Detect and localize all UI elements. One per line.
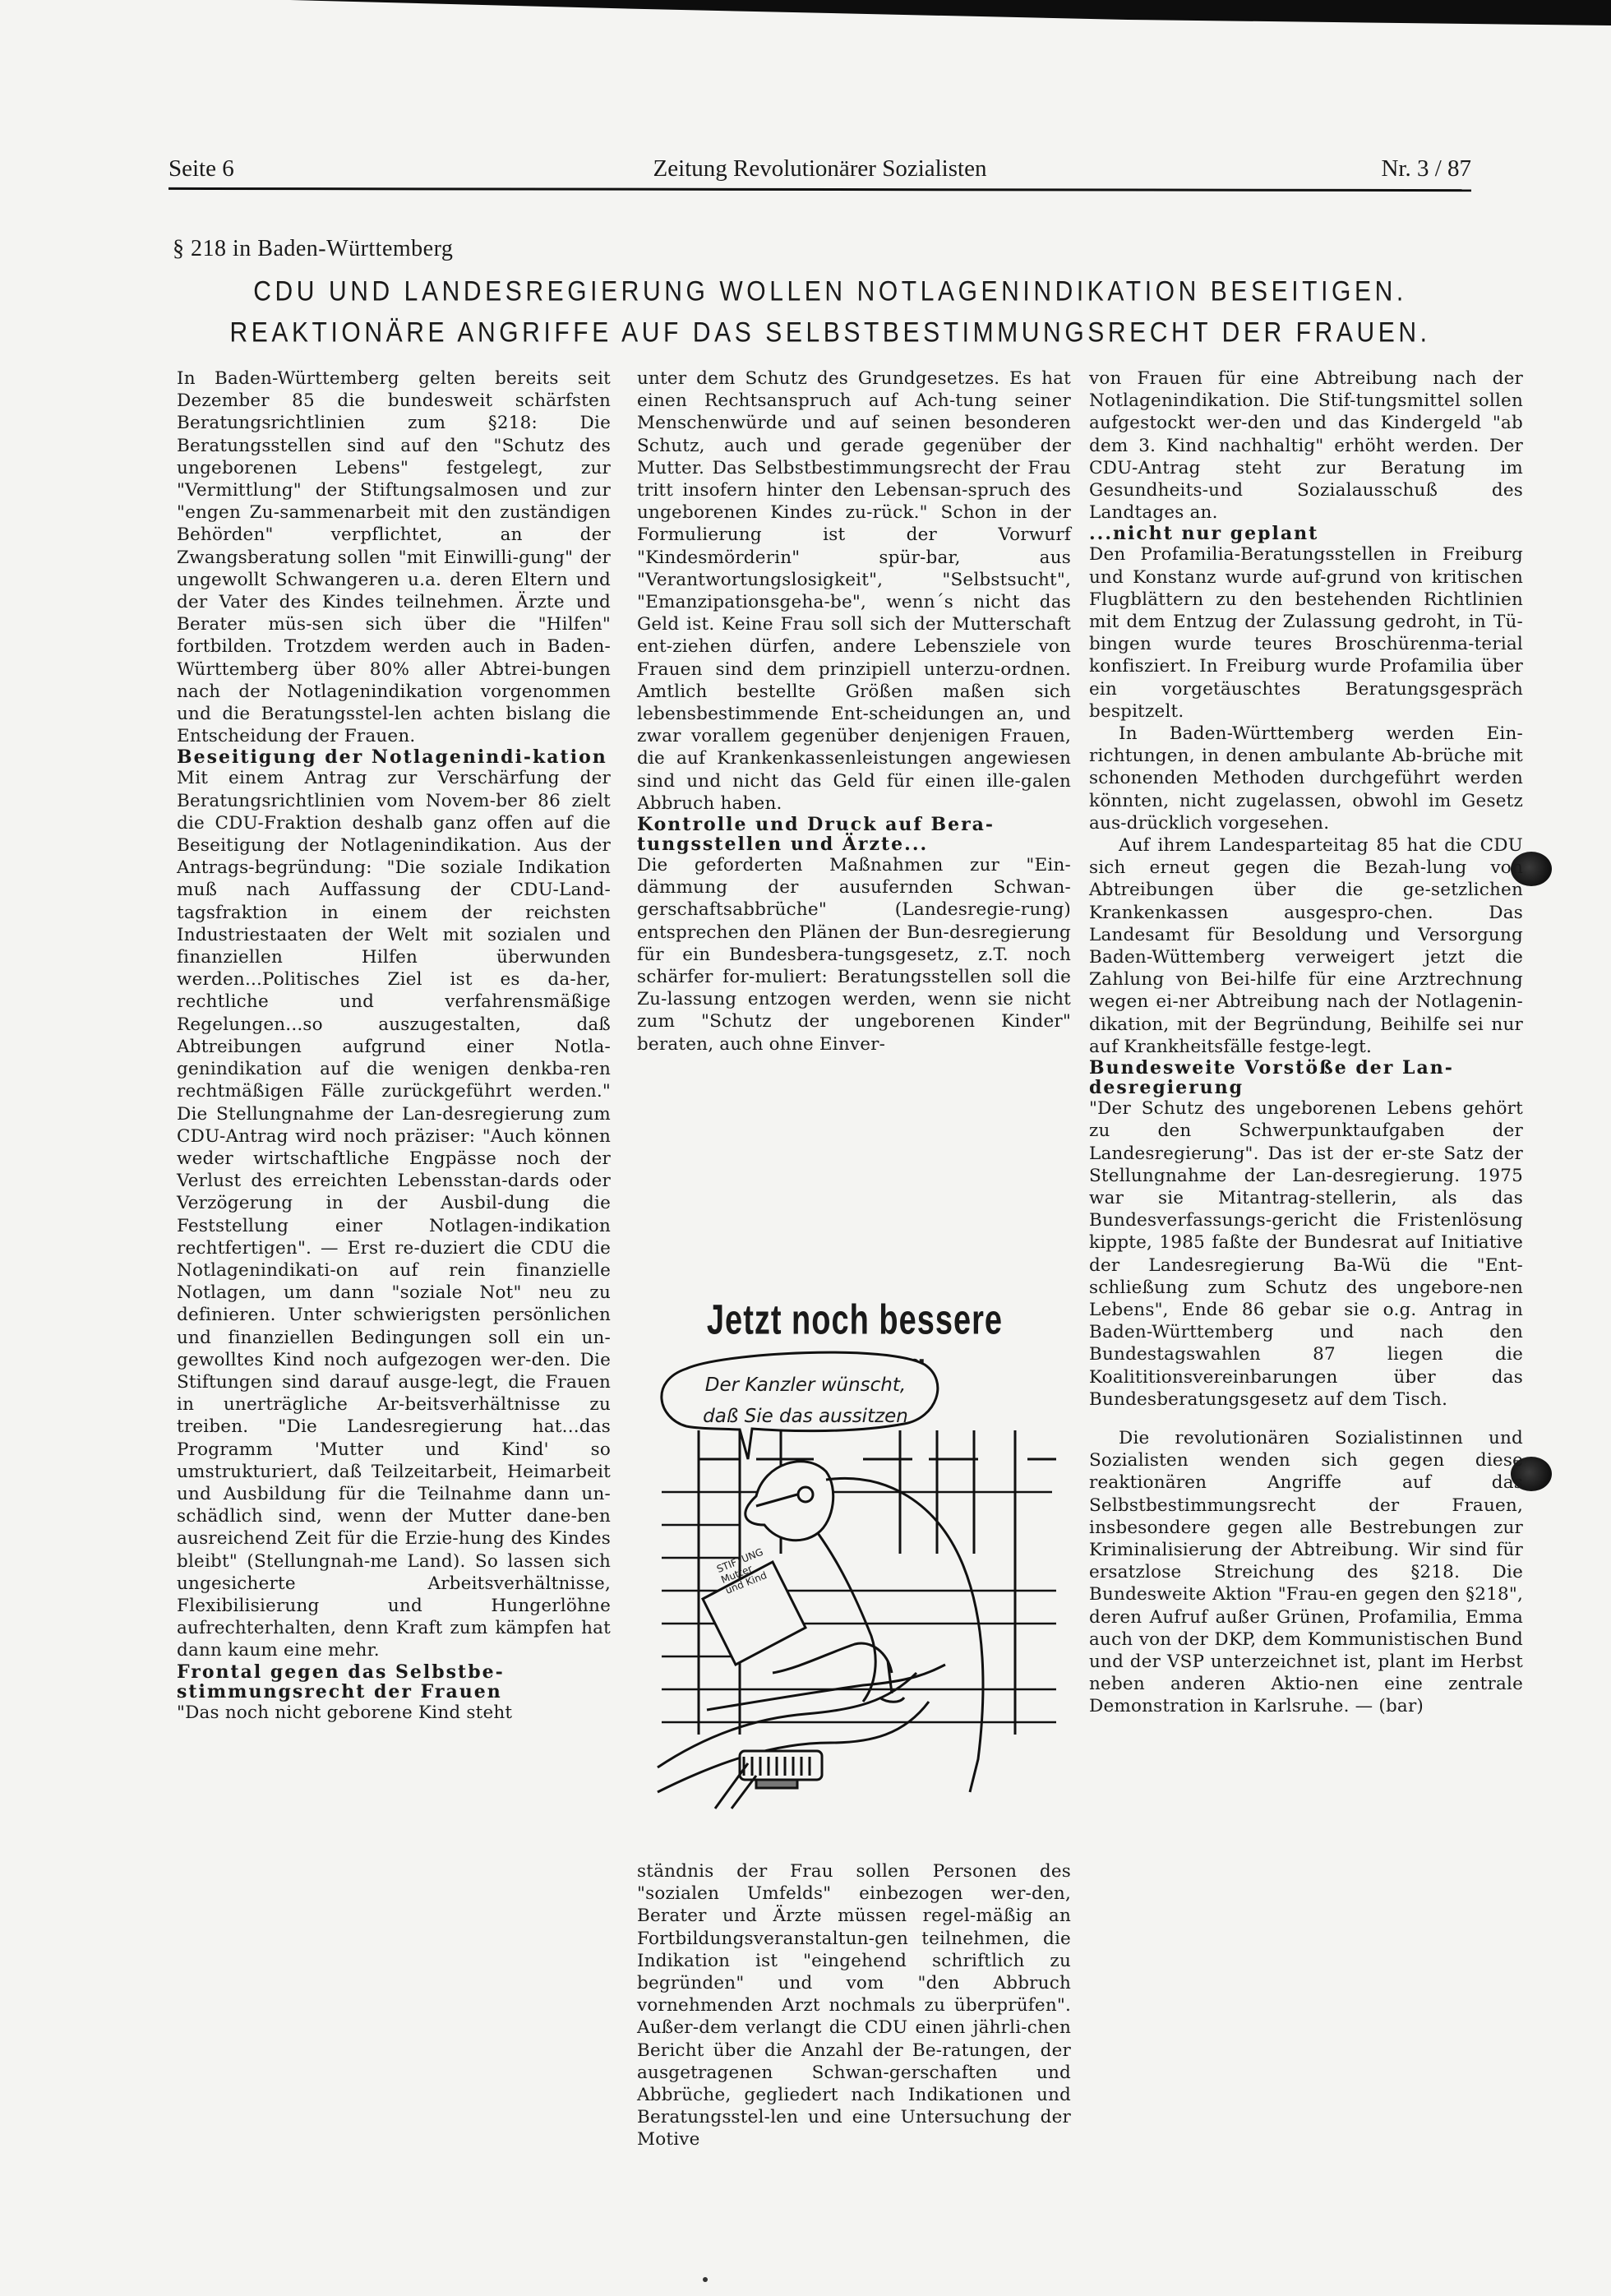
- paragraph: Auf ihrem Landesparteitag 85 hat die CDU…: [1089, 834, 1523, 1058]
- page-number: Seite 6: [168, 155, 234, 182]
- subheading: Kontrolle und Druck auf Bera-tungsstelle…: [637, 815, 1071, 854]
- closing-paragraph: Die revolutionären Sozialistinnen und So…: [1089, 1427, 1523, 1718]
- paragraph: Den Profamilia-Beratungsstellen in Freib…: [1089, 543, 1523, 723]
- publication-title: Zeitung Revolutionärer Sozialisten: [653, 155, 987, 182]
- speech-bubble: Der Kanzler wünscht, daß Sie das aussitz…: [686, 1370, 925, 1432]
- subheading: ...nicht nur geplant: [1089, 524, 1523, 543]
- column-2: unter dem Schutz des Grundgesetzes. Es h…: [637, 367, 1071, 1056]
- issue-number: Nr. 3 / 87: [1381, 155, 1471, 182]
- paragraph: "Das noch nicht geborene Kind steht: [177, 1702, 611, 1724]
- headline-line-2: REAKTIONÄRE ANGRIFFE AUF DAS SELBSTBESTI…: [156, 316, 1504, 349]
- column-1: In Baden-Württemberg gelten bereits seit…: [177, 367, 611, 1724]
- paragraph: "Der Schutz des ungeborenen Lebens gehör…: [1089, 1097, 1523, 1411]
- scan-edge-shadow: [0, 0, 1611, 41]
- paragraph: In Baden-Württemberg gelten bereits seit…: [177, 367, 611, 747]
- subheading: Bundesweite Vorstöße der Lan-desregierun…: [1089, 1058, 1523, 1097]
- headline-line-1: CDU UND LANDESREGIERUNG WOLLEN NOTLAGENI…: [156, 275, 1504, 307]
- subheading: Beseitigung der Notlagenindi-kation: [177, 747, 611, 767]
- paragraph: ständnis der Frau sollen Personen des "s…: [637, 1860, 1071, 2151]
- subheading: Frontal gegen das Selbstbe-stimmungsrech…: [177, 1662, 611, 1702]
- running-head: Seite 6 Zeitung Revolutionärer Sozialist…: [168, 150, 1471, 187]
- paragraph: unter dem Schutz des Grundgesetzes. Es h…: [637, 367, 1071, 815]
- speech-line: Der Kanzler wünscht,: [686, 1370, 925, 1401]
- paragraph: Die geforderten Maßnahmen zur "Ein-dämmu…: [637, 854, 1071, 1056]
- paragraph: In Baden-Württemberg werden Ein-richtung…: [1089, 723, 1523, 834]
- speech-line: daß Sie das aussitzen: [686, 1401, 925, 1432]
- scan-speck: [703, 2277, 708, 2282]
- header-rule: [168, 187, 1471, 192]
- article-kicker: § 218 in Baden-Württemberg: [173, 236, 453, 262]
- column-3: von Frauen für eine Abtreibung nach der …: [1089, 367, 1523, 1718]
- paragraph: von Frauen für eine Abtreibung nach der …: [1089, 367, 1523, 524]
- paragraph: Mit einem Antrag zur Verschärfung der Be…: [177, 767, 611, 1661]
- column-2-continued: ständnis der Frau sollen Personen des "s…: [637, 1860, 1071, 2151]
- cartoon: Jetzt noch bessere Beratung: [641, 1297, 1069, 1823]
